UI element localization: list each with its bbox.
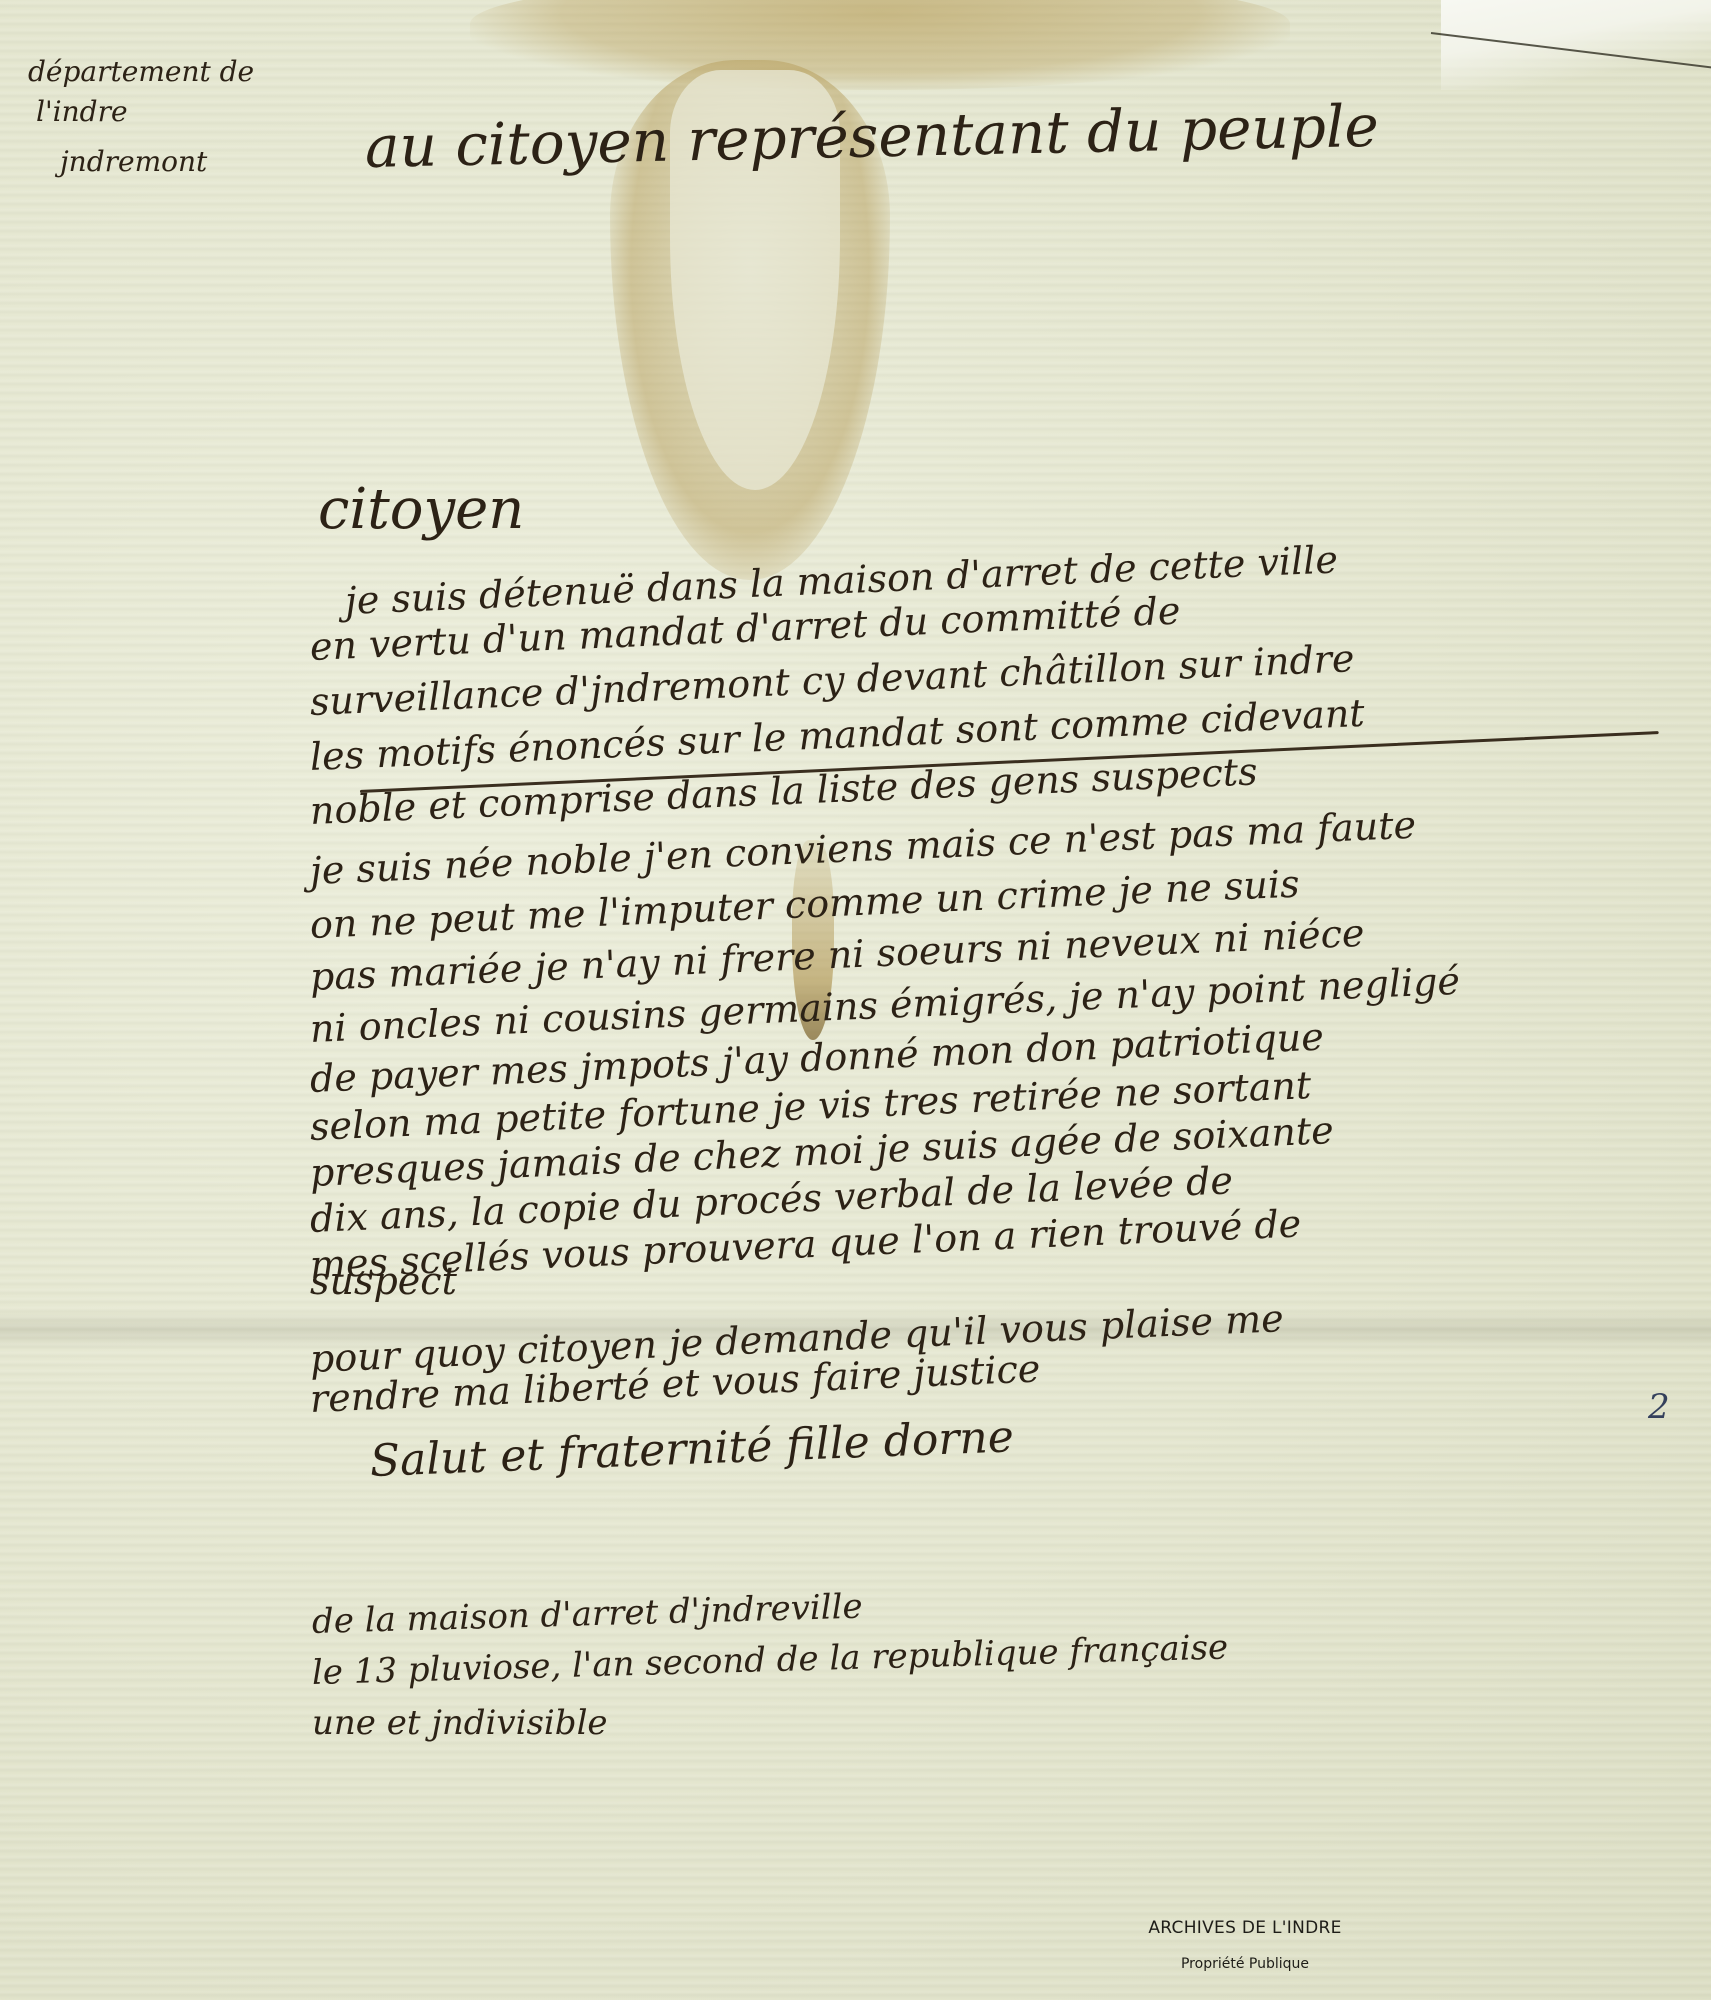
archive-stamp-title: ARCHIVES DE L'INDRE [1130, 1918, 1360, 1938]
dateline-line: le 13 pluviose, l'an second de la republ… [312, 1630, 1229, 1690]
dateline-line: de la maison d'arret d'jndreville [312, 1590, 864, 1639]
margin-note-line: jndremont [60, 148, 207, 176]
dateline-line: une et jndivisible [312, 1706, 608, 1740]
letter-closing-signature: Salut et fraternité fille dorne [369, 1415, 1014, 1484]
archive-stamp: ARCHIVES DE L'INDRE Propriété Publique [1130, 1918, 1360, 1972]
folio-number: 2 [1648, 1390, 1670, 1424]
letter-salutation: citoyen [318, 482, 524, 538]
archive-stamp-subtitle: Propriété Publique [1130, 1956, 1360, 1972]
document-page: département de l'indre jndremont au cito… [0, 0, 1711, 2000]
water-stain-top [470, 0, 1290, 90]
margin-note-line: l'indre [36, 98, 128, 126]
folded-corner [1441, 0, 1711, 90]
letter-address: au citoyen représentant du peuple [364, 97, 1379, 176]
body-line: suspect [310, 1262, 457, 1300]
margin-note-line: département de [28, 58, 254, 86]
